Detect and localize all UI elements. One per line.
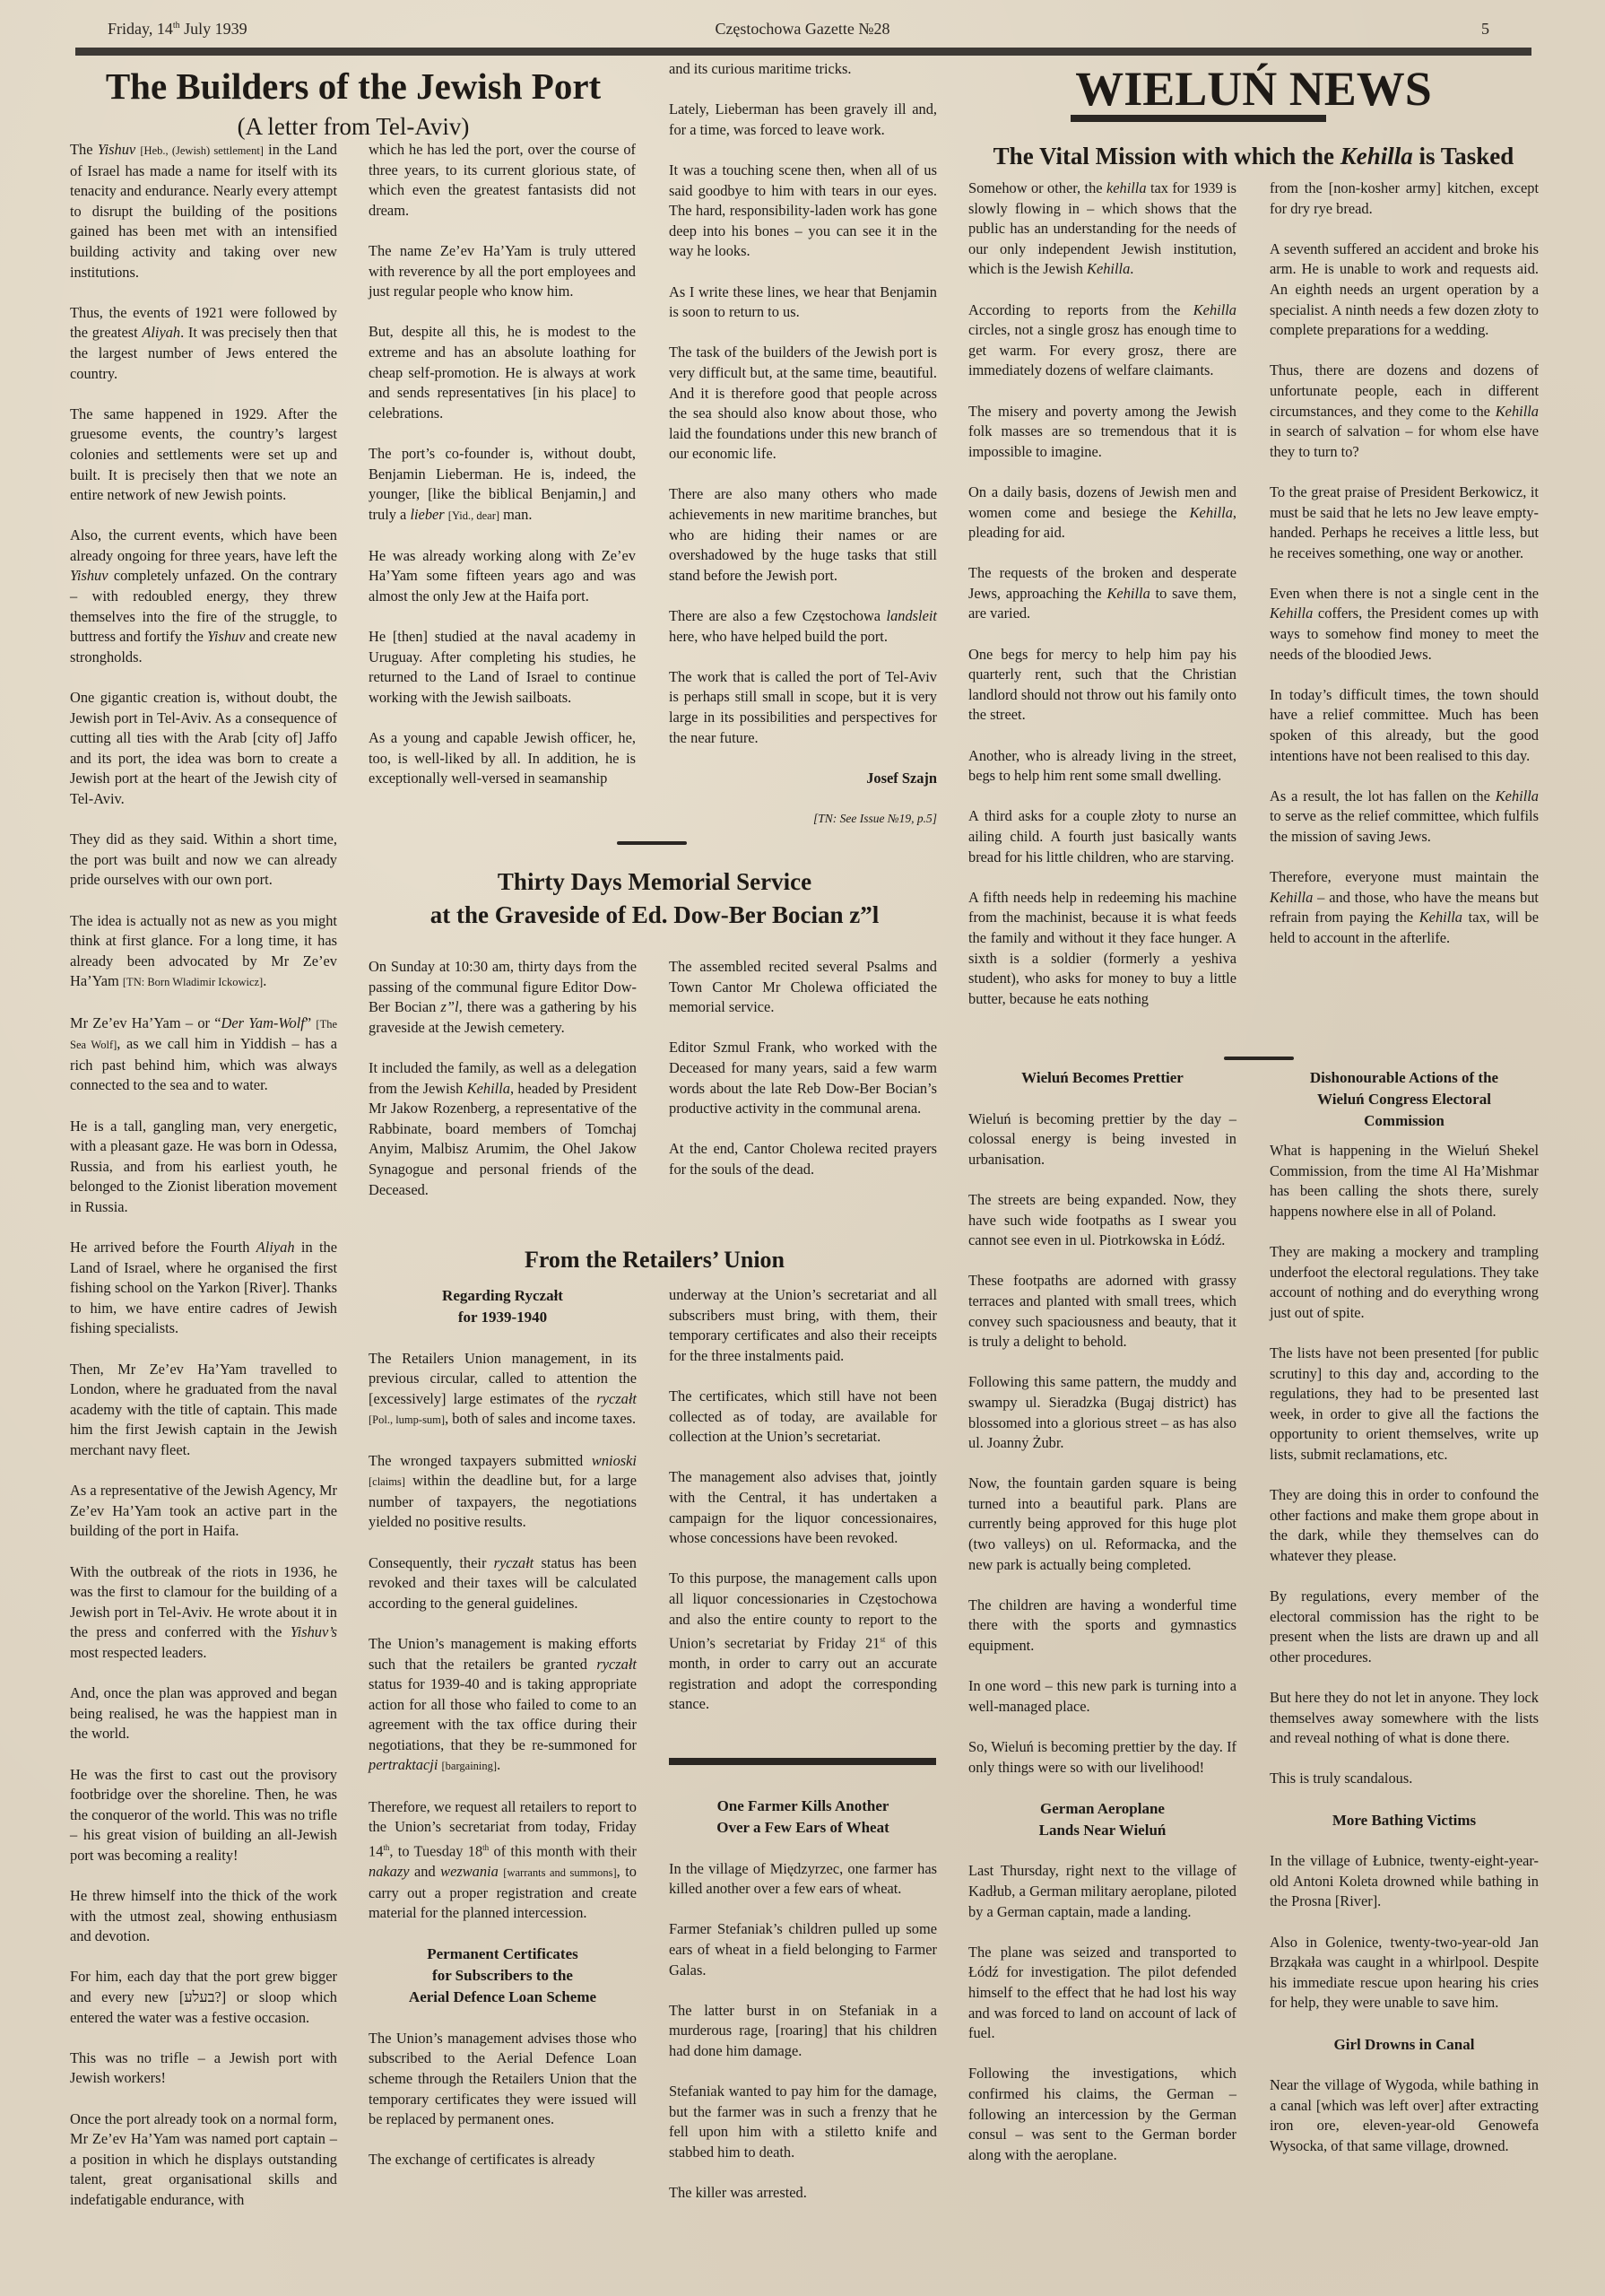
certificates-body: The Union’s management advises those who…	[369, 2029, 637, 2170]
paragraph: The Yishuv [Heb., (Jewish) settlement] i…	[70, 140, 337, 283]
paragraph: And, once the plan was approved and bega…	[70, 1683, 337, 1744]
paragraph: They did as they said. Within a short ti…	[70, 830, 337, 891]
paragraph: They are making a mockery and trampling …	[1270, 1242, 1539, 1323]
paragraph: The Union’s management is making efforts…	[369, 1634, 637, 1777]
girl-title: Girl Drowns in Canal	[1270, 2034, 1539, 2056]
aeroplane-body: Last Thursday, right next to the village…	[968, 1861, 1236, 2165]
paragraph: The plane was seized and transported to …	[968, 1943, 1236, 2044]
ryczalt-subtitle-line1: Regarding Ryczałt	[369, 1285, 637, 1307]
paragraph: On a daily basis, dozens of Jewish men a…	[968, 483, 1236, 544]
paragraph: A seventh suffered an accident and broke…	[1270, 239, 1539, 341]
paragraph: Thus, the events of 1921 were followed b…	[70, 303, 337, 384]
port-col-3-body: and its curious maritime tricks.Lately, …	[669, 59, 937, 748]
bathing-body: In the village of Łubnice, twenty-eight-…	[1270, 1851, 1539, 2013]
paragraph: The port’s co-founder is, without doubt,…	[369, 444, 636, 526]
farmer-title-line1: One Farmer Kills Another	[669, 1796, 937, 1817]
paper-name: Częstochowa Gazette №28	[0, 20, 1605, 39]
paragraph: So, Wieluń is becoming prettier by the d…	[968, 1737, 1236, 1778]
port-col-1: The Yishuv [Heb., (Jewish) settlement] i…	[70, 140, 337, 2231]
paragraph: He was the first to cast out the proviso…	[70, 1765, 337, 1866]
paragraph: The same happened in 1929. After the gru…	[70, 404, 337, 506]
paragraph: Also, the current events, which have bee…	[70, 526, 337, 667]
paragraph: This is truly scandalous.	[1270, 1769, 1539, 1789]
paragraph: Thus, there are dozens and dozens of unf…	[1270, 361, 1539, 462]
paragraph: A third asks for a couple złoty to nurse…	[968, 806, 1236, 867]
memorial-col-right: The assembled recited several Psalms and…	[669, 957, 937, 1200]
paragraph: For him, each day that the port grew big…	[70, 1967, 337, 2028]
paragraph: With the outbreak of the riots in 1936, …	[70, 1562, 337, 1664]
paragraph: In one word – this new park is turning i…	[968, 1676, 1236, 1717]
paragraph: A fifth needs help in redeeming his mach…	[968, 888, 1236, 1010]
retailers-col-left: Regarding Ryczałt for 1939-1940 The Reta…	[369, 1285, 637, 2191]
memorial-title: Thirty Days Memorial Service at the Grav…	[363, 865, 946, 932]
paragraph: The misery and poverty among the Jewish …	[968, 402, 1236, 463]
paragraph: This was no trifle – a Jewish port with …	[70, 2048, 337, 2089]
paragraph: Following the investigations, which conf…	[968, 2064, 1236, 2165]
page-number: 5	[1481, 20, 1489, 39]
paragraph: The lists have not been presented [for p…	[1270, 1344, 1539, 1465]
kehilla-title: The Vital Mission with which the Kehilla…	[967, 140, 1540, 172]
paragraph: The certificates, which still have not b…	[669, 1387, 937, 1448]
paragraph: He [then] studied at the naval academy i…	[369, 627, 636, 708]
paragraph: Farmer Stefaniak’s children pulled up so…	[669, 1919, 937, 1980]
paragraph: One begs for mercy to help him pay his q…	[968, 645, 1236, 726]
paragraph: But here they do not let in anyone. They…	[1270, 1688, 1539, 1749]
farmer-article: One Farmer Kills Another Over a Few Ears…	[669, 1796, 937, 2223]
paragraph: In the village of Międzyrzec, one farmer…	[669, 1859, 937, 1900]
aeroplane-title-line1: German Aeroplane	[968, 1798, 1236, 1820]
wielun-col-right: Dishonourable Actions of the Wieluń Cong…	[1270, 1067, 1539, 2177]
paragraph: The streets are being expanded. Now, the…	[968, 1190, 1236, 1251]
wielun-col-left: Wieluń Becomes Prettier Wieluń is becomi…	[968, 1067, 1236, 2186]
paragraph: The children are having a wonderful time…	[968, 1596, 1236, 1657]
paragraph: underway at the Union’s secretariat and …	[669, 1285, 937, 1366]
paragraph: Also in Golenice, twenty-two-year-old Ja…	[1270, 1933, 1539, 2013]
kehilla-col-right: from the [non-kosher army] kitchen, exce…	[1270, 178, 1539, 969]
paragraph: which he has led the port, over the cour…	[369, 140, 636, 221]
paragraph: Lately, Lieberman has been gravely ill a…	[669, 100, 937, 140]
paragraph: Even when there is not a single cent in …	[1270, 584, 1539, 665]
paragraph: What is happening in the Wieluń Shekel C…	[1270, 1141, 1539, 1222]
wielun-masthead: WIELUŃ NEWS	[967, 59, 1540, 118]
paragraph: The Union’s management advises those who…	[369, 2029, 637, 2130]
paragraph: and its curious maritime tricks.	[669, 59, 937, 80]
paragraph: According to reports from the Kehilla ci…	[968, 300, 1236, 381]
paragraph: Consequently, their ryczałt status has b…	[369, 1553, 637, 1614]
paragraph: Therefore, everyone must maintain the Ke…	[1270, 867, 1539, 948]
paragraph: The wronged taxpayers submitted wnioski …	[369, 1451, 637, 1533]
paragraph: Mr Ze’ev Ha’Yam – or “Der Yam-Wolf” [The…	[70, 1013, 337, 1096]
paragraph: There are also a few Częstochowa landsle…	[669, 606, 937, 647]
paragraph: It included the family, as well as a del…	[369, 1058, 637, 1200]
paragraph: As a young and capable Jewish officer, h…	[369, 728, 636, 789]
memorial-title-line1: Thirty Days Memorial Service	[363, 865, 946, 899]
paragraph: Editor Szmul Frank, who worked with the …	[669, 1038, 937, 1118]
paragraph: There are also many others who made achi…	[669, 484, 937, 586]
paragraph: By regulations, every member of the elec…	[1270, 1587, 1539, 1667]
ryczalt-body: The Retailers Union management, in its p…	[369, 1349, 637, 1924]
top-rule	[75, 48, 1531, 56]
paragraph: On Sunday at 10:30 am, thirty days from …	[369, 957, 637, 1038]
paragraph: from the [non-kosher army] kitchen, exce…	[1270, 178, 1539, 219]
kehilla-col-left: Somehow or other, the kehilla tax for 19…	[968, 178, 1236, 1030]
paragraph: The idea is actually not as new as you m…	[70, 911, 337, 993]
farmer-title-line2: Over a Few Ears of Wheat	[669, 1817, 937, 1839]
paragraph: Near the village of Wygoda, while bathin…	[1270, 2075, 1539, 2156]
paragraph: Once the port already took on a normal f…	[70, 2109, 337, 2211]
paragraph: The assembled recited several Psalms and…	[669, 957, 937, 1018]
farmer-divider	[669, 1758, 936, 1765]
port-signature: Josef Szajn	[669, 769, 937, 789]
paragraph: The work that is called the port of Tel-…	[669, 667, 937, 748]
paragraph: Therefore, we request all retailers to r…	[369, 1797, 637, 1924]
paragraph: The management also advises that, jointl…	[669, 1467, 937, 1548]
dishonour-body: What is happening in the Wieluń Shekel C…	[1270, 1141, 1539, 1789]
paragraph: As I write these lines, we hear that Ben…	[669, 283, 937, 323]
prettier-title: Wieluń Becomes Prettier	[968, 1067, 1236, 1089]
dishonour-title: Dishonourable Actions of the Wieluń Cong…	[1288, 1067, 1521, 1132]
bathing-title: More Bathing Victims	[1270, 1810, 1539, 1831]
paragraph: The latter burst in on Stefaniak in a mu…	[669, 2001, 937, 2062]
paragraph: To the great praise of President Berkowi…	[1270, 483, 1539, 563]
memorial-col-left: On Sunday at 10:30 am, thirty days from …	[369, 957, 637, 1221]
paragraph: They are doing this in order to confound…	[1270, 1485, 1539, 1566]
paragraph: He is a tall, gangling man, very energet…	[70, 1117, 337, 1218]
masthead-underline	[1071, 115, 1326, 122]
certificates-subtitle-line3: Aerial Defence Loan Scheme	[369, 1987, 637, 2008]
retailers-col-right: underway at the Union’s secretariat and …	[669, 1285, 937, 1735]
port-signature-note: [TN: See Issue №19, p.5]	[669, 809, 937, 830]
paragraph: But, despite all this, he is modest to t…	[369, 322, 636, 423]
paragraph: At the end, Cantor Cholewa recited praye…	[669, 1139, 937, 1179]
paragraph: In today’s difficult times, the town sho…	[1270, 685, 1539, 766]
paragraph: As a result, the lot has fallen on the K…	[1270, 787, 1539, 848]
paragraph: Last Thursday, right next to the village…	[968, 1861, 1236, 1922]
paragraph: Wieluń is becoming prettier by the day –…	[968, 1109, 1236, 1170]
paragraph: Stefaniak wanted to pay him for the dama…	[669, 2082, 937, 2162]
farmer-body: In the village of Międzyrzec, one farmer…	[669, 1859, 937, 2204]
paragraph: As a representative of the Jewish Agency…	[70, 1481, 337, 1542]
paragraph: The task of the builders of the Jewish p…	[669, 343, 937, 465]
paragraph: To this purpose, the management calls up…	[669, 1569, 937, 1715]
prettier-body: Wieluń is becoming prettier by the day –…	[968, 1109, 1236, 1779]
paragraph: The exchange of certificates is already	[369, 2150, 637, 2170]
ryczalt-subtitle-line2: for 1939-1940	[369, 1307, 637, 1328]
paragraph: These footpaths are adorned with grassy …	[968, 1271, 1236, 1352]
paragraph: The requests of the broken and desperate…	[968, 563, 1236, 624]
port-col-2: which he has led the port, over the cour…	[369, 140, 636, 810]
paragraph: He threw himself into the thick of the w…	[70, 1886, 337, 1947]
paragraph: One gigantic creation is, without doubt,…	[70, 688, 337, 810]
paragraph: Now, the fountain garden square is being…	[968, 1474, 1236, 1575]
paragraph: Then, Mr Ze’ev Ha’Yam travelled to Londo…	[70, 1360, 337, 1461]
paragraph: Somehow or other, the kehilla tax for 19…	[968, 178, 1236, 280]
paragraph: Another, who is already living in the st…	[968, 746, 1236, 787]
paragraph: It was a touching scene then, when all o…	[669, 161, 937, 262]
section-divider	[617, 841, 687, 845]
certificates-subtitle-line1: Permanent Certificates	[369, 1944, 637, 1965]
paragraph: The name Ze’ev Ha’Yam is truly uttered w…	[369, 241, 636, 302]
aeroplane-title-line2: Lands Near Wieluń	[968, 1820, 1236, 1841]
port-col-3: and its curious maritime tricks.Lately, …	[669, 59, 937, 849]
memorial-title-line2: at the Graveside of Ed. Dow-Ber Bocian z…	[363, 899, 946, 932]
retailers-title: From the Retailers’ Union	[363, 1245, 946, 1275]
paragraph: He was already working along with Ze’ev …	[369, 546, 636, 607]
certificates-subtitle-line2: for Subscribers to the	[369, 1965, 637, 1987]
paragraph: Following this same pattern, the muddy a…	[968, 1372, 1236, 1453]
paragraph: He arrived before the Fourth Aliyah in t…	[70, 1238, 337, 1339]
paragraph: In the village of Łubnice, twenty-eight-…	[1270, 1851, 1539, 1912]
paragraph: The Retailers Union management, in its p…	[369, 1349, 637, 1431]
port-article-title: The Builders of the Jewish Port	[70, 63, 637, 109]
wielun-divider	[1224, 1057, 1294, 1060]
port-article-subtitle: (A letter from Tel-Aviv)	[70, 111, 637, 142]
paragraph: The killer was arrested.	[669, 2183, 937, 2204]
girl-body: Near the village of Wygoda, while bathin…	[1270, 2075, 1539, 2156]
